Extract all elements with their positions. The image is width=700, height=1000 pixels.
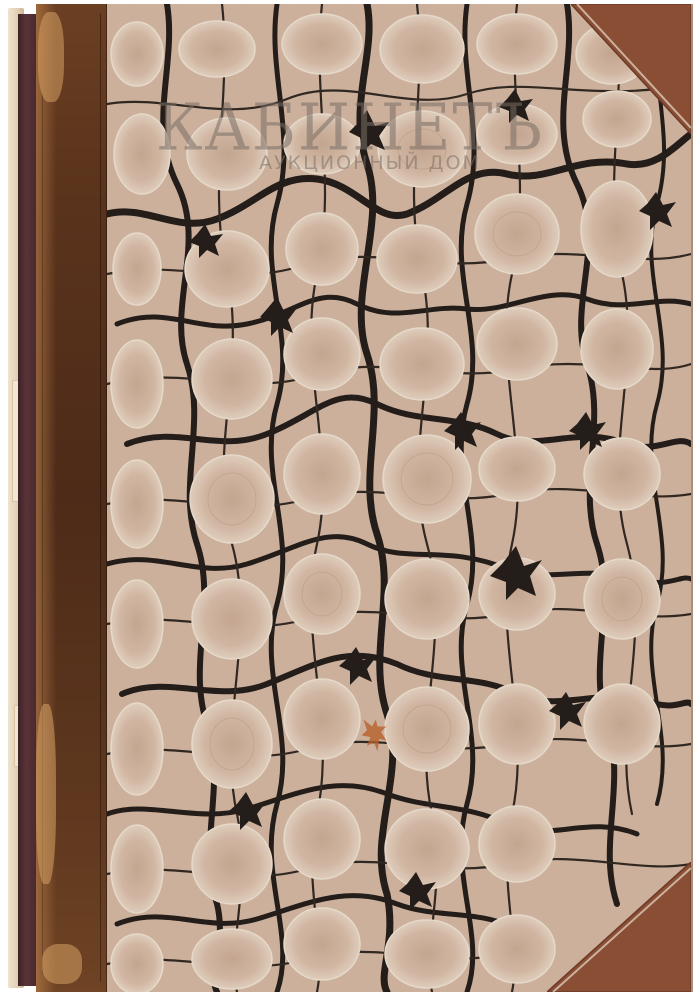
marble-pattern <box>107 4 691 992</box>
leather-scuff <box>36 704 56 884</box>
leather-spine <box>36 4 108 992</box>
marbled-board <box>107 4 693 992</box>
stain-mark <box>356 716 392 760</box>
book-cover: КАБИНЕТЪ АУКЦИОННЫЙ ДОМ <box>0 0 700 1000</box>
leather-scuff <box>42 944 82 984</box>
spine-cloth <box>18 14 36 986</box>
spine-rule <box>100 14 101 982</box>
cloth-corner-bottom-right <box>547 862 691 992</box>
leather-scuff <box>38 12 64 102</box>
cloth-corner-top-right <box>571 4 691 134</box>
